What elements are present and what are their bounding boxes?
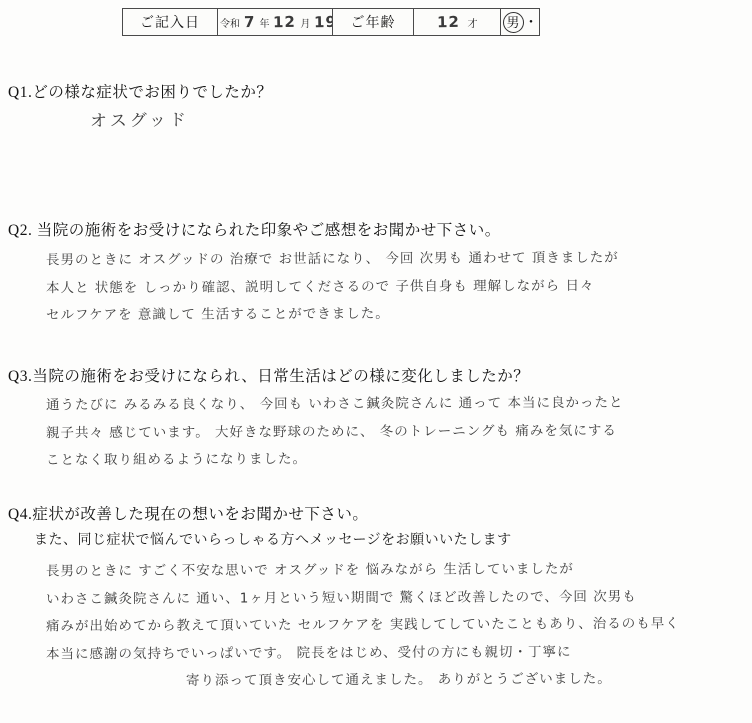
q2-label: Q2. 当院の施術をお受けになられた印象やご感想をお聞かせ下さい。 <box>8 218 501 240</box>
date-value-cell: 令和 7 年 12 月 19 日 <box>218 9 333 36</box>
q2-answer-line: 本人と 状態を しっかり確認、説明してくださるので 子供自身も 理解しながら 日… <box>46 272 619 302</box>
q4-answer: 長男のときに すごく不安な思いで オスグッドを 悩みながら 生活していましたが … <box>46 557 680 695</box>
date-year-value: 7 <box>244 12 256 30</box>
q1-answer: オスグッド <box>90 108 189 136</box>
age-value-cell: 12 才 <box>414 9 501 36</box>
q4-sublabel: また、同じ症状で悩んでいらっしゃる方へメッセージをお願いいたします <box>34 529 512 549</box>
month-suffix: 月 <box>300 19 310 30</box>
date-label: ご記入日 <box>123 9 218 36</box>
gender-separator: ・ <box>524 16 539 31</box>
age-label: ご年齢 <box>333 9 414 36</box>
gender-female: 女 <box>539 16 540 31</box>
q2-answer: 長男のときに オスグッドの 治療で お世話になり、 今回 次男も 通わせて 頂き… <box>46 246 619 329</box>
q3-answer: 通うたびに みるみる良くなり、 今回も いわさこ鍼灸院さんに 通って 本当に良か… <box>46 391 623 474</box>
questionnaire-page: ご記入日 令和 7 年 12 月 19 日 ご年齢 12 才 男・女 Q1.どの… <box>0 0 752 723</box>
era-label: 令和 <box>220 19 240 30</box>
q4-answer-line: 寄り添って頂き安心して通えました。 ありがとうございました。 <box>46 666 680 696</box>
age-value: 12 <box>436 12 459 30</box>
q3-label: Q3.当院の施術をお受けになられ、日常生活はどの様に変化しましたか？ <box>8 364 529 386</box>
q2-answer-line: セルフケアを 意識して 生活することができました。 <box>46 300 619 330</box>
date-day-value: 19 <box>314 12 332 30</box>
q4-answer-line: 痛みが出始めてから教えて頂いていた セルフケアを 実践してしていたこともあり、治… <box>46 611 680 641</box>
gender-cell: 男・女 <box>501 9 540 36</box>
q3-answer-line: ことなく取り組めるようになりました。 <box>46 445 624 475</box>
q4-answer-line: 本当に感謝の気持ちでいっぱいです。 院長をはじめ、受付の方にも親切・丁寧に <box>46 638 680 668</box>
q4-answer-line: 長男のときに すごく不安な思いで オスグッドを 悩みながら 生活していましたが <box>46 556 680 586</box>
q4-answer-line: いわさこ鍼灸院さんに 通い、1ヶ月という短い期間で 驚くほど改善したので、今回 … <box>46 583 680 613</box>
q2-answer-line: 長男のときに オスグッドの 治療で お世話になり、 今回 次男も 通わせて 頂き… <box>46 245 619 275</box>
q3-answer-line: 親子共々 感じています。 大好きな野球のために、 冬のトレーニングも 痛みを気に… <box>46 417 624 447</box>
gender-male-circled: 男 <box>503 12 524 33</box>
q3-answer-line: 通うたびに みるみる良くなり、 今回も いわさこ鍼灸院さんに 通って 本当に良か… <box>46 390 624 420</box>
q4-label: Q4.症状が改善した現在の想いをお聞かせ下さい。 <box>8 502 368 524</box>
date-month-value: 12 <box>273 12 296 30</box>
q1-label: Q1.どの様な症状でお困りでしたか？ <box>8 80 272 102</box>
header-table: ご記入日 令和 7 年 12 月 19 日 ご年齢 12 才 男・女 <box>122 8 540 36</box>
year-suffix: 年 <box>259 19 269 30</box>
q1-answer-line: オスグッド <box>90 107 189 136</box>
age-suffix: 才 <box>467 19 477 30</box>
